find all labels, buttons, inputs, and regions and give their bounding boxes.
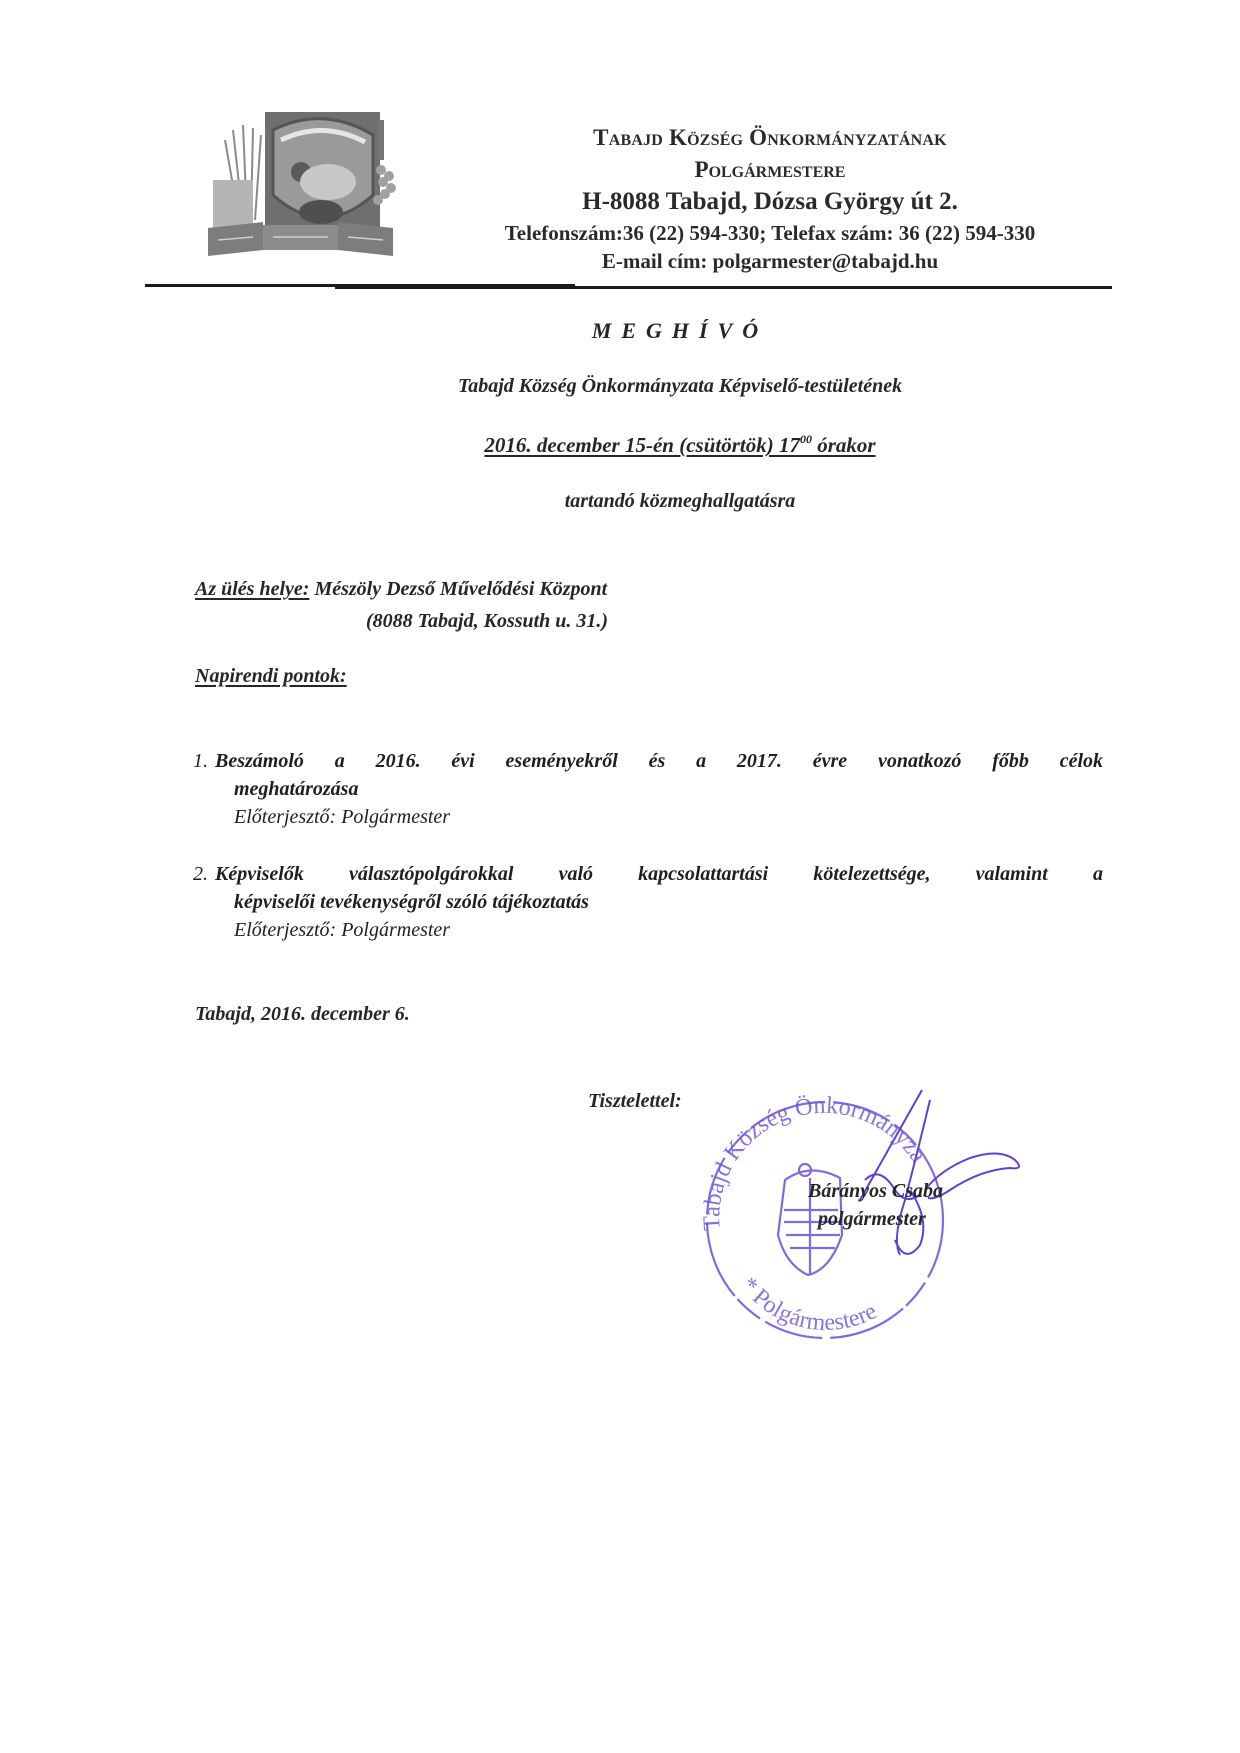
agenda-item-title-cont: képviselői tevékenységről szóló tájékozt… (234, 891, 589, 914)
crest-logo-icon (203, 110, 398, 260)
signatory-title: polgármester (818, 1208, 926, 1231)
agenda-item-presenter: Előterjesztő: Polgármester (234, 806, 450, 829)
venue-address: (8088 Tabajd, Kossuth u. 31.) (366, 610, 608, 633)
meeting-time-suffix: órakor (812, 433, 876, 457)
agenda-item-title: Beszámoló a 2016. évi eseményekről és a … (215, 750, 1103, 773)
letterhead-office: Polgármestere (420, 157, 1120, 183)
agenda-item-title: Képviselők választópolgárokkal való kapc… (215, 863, 1103, 886)
letterhead-email: E-mail cím: polgarmester@tabajd.hu (420, 249, 1120, 274)
meeting-time-minutes: 00 (800, 432, 812, 446)
letterhead-organization: Tabajd Község Önkormányzatának (420, 125, 1120, 151)
agenda-heading: Napirendi pontok: (195, 665, 347, 688)
svg-text:* Polgármestere: * Polgármestere (735, 1273, 881, 1337)
meeting-date: 2016. december 15-én (csütörtök) 17 (484, 433, 800, 457)
letterhead-phone-fax: Telefonszám:36 (22) 594-330; Telefax szá… (420, 221, 1120, 246)
agenda-item-number: 1. (193, 750, 208, 773)
agenda-item: 2. Képviselők választópolgárokkal való k… (193, 863, 1103, 953)
signatory-name: Bárányos Csaba (808, 1180, 943, 1203)
agenda-item-presenter: Előterjesztő: Polgármester (234, 919, 450, 942)
venue: Az ülés helye: Mészöly Dezső Művelődési … (195, 578, 607, 601)
closing-regards: Tisztelettel: (588, 1090, 682, 1113)
invitation-datetime: 2016. december 15-én (csütörtök) 1700 ór… (380, 432, 980, 458)
invitation-addressee: Tabajd Község Önkormányzata Képviselő-te… (380, 375, 980, 398)
agenda-item-title-cont: meghatározása (234, 778, 358, 801)
invitation-event: tartandó közmeghallgatásra (380, 490, 980, 513)
letterhead-address: H-8088 Tabajd, Dózsa György út 2. (420, 188, 1120, 216)
dateline: Tabajd, 2016. december 6. (195, 1003, 410, 1026)
document-title: MEGHÍVÓ (380, 318, 980, 344)
header-divider (335, 286, 1112, 289)
agenda-item-number: 2. (193, 863, 208, 886)
venue-label: Az ülés helye: (195, 578, 309, 600)
agenda-item: 1. Beszámoló a 2016. évi eseményekről és… (193, 750, 1103, 840)
venue-name: Mészöly Dezső Művelődési Központ (309, 578, 607, 600)
